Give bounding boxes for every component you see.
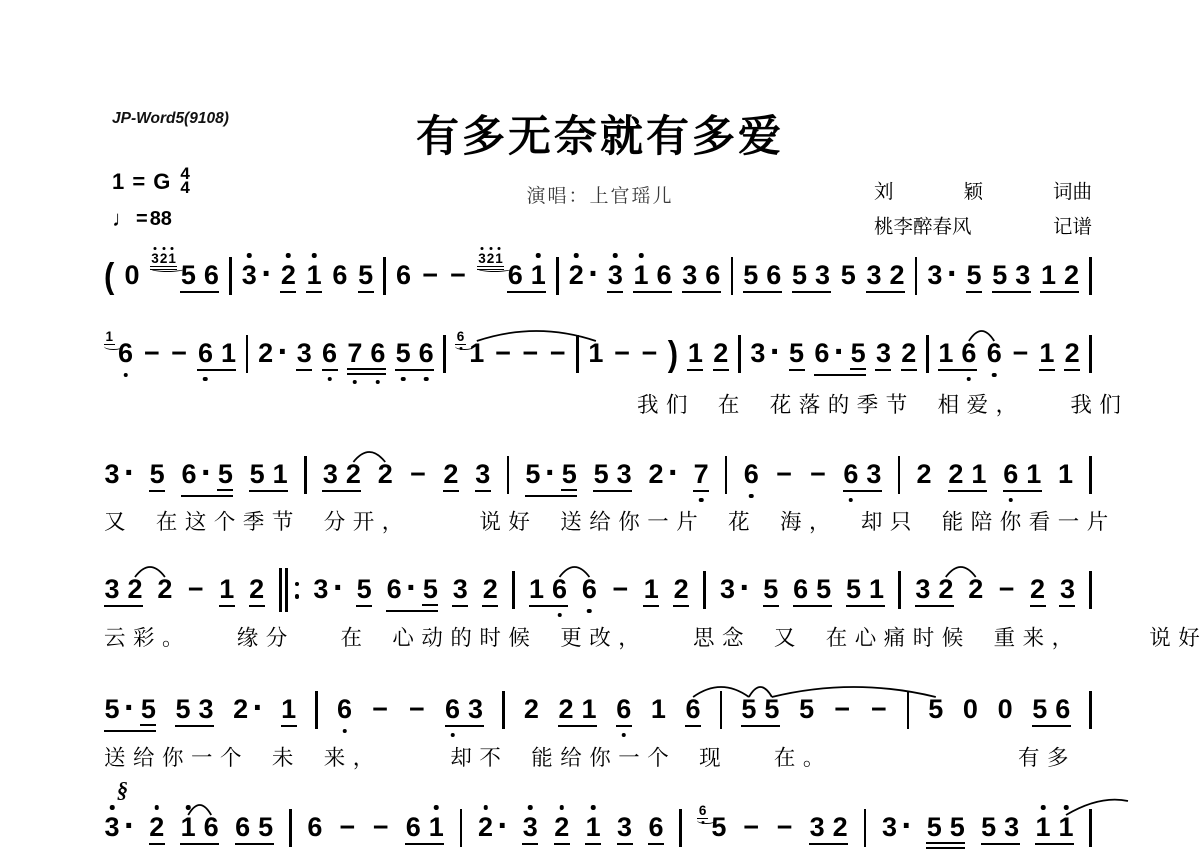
beam-group-wrap: 16 — [938, 339, 977, 371]
lyrics-line-4-tail: 有多 — [1018, 741, 1076, 772]
note: 2 — [1064, 339, 1080, 371]
note: 1 — [633, 261, 649, 290]
note-digit: 2 — [233, 695, 249, 724]
grace-octave-dot-high — [481, 247, 484, 250]
note-digit: 5 — [792, 261, 808, 290]
note-digit: 5 — [422, 575, 438, 606]
note-digit: − — [372, 813, 390, 842]
credit-lyricist-composer: 刘 颖 词曲 — [874, 176, 1092, 204]
beam-group: 32 — [915, 575, 954, 607]
note-digit: 1 — [219, 575, 235, 607]
note: 6 — [418, 339, 434, 368]
note-digit: − — [371, 695, 389, 724]
grace-note: 321 — [150, 251, 178, 270]
octave-dot-high — [312, 253, 317, 258]
beam-group-wrap: 6·5 — [386, 575, 438, 612]
note-digit: 5 — [966, 261, 982, 293]
note: 3 — [104, 575, 120, 604]
music-line-6: 3·216656−−612·3213665−−323·555311 — [104, 813, 1092, 843]
note: 1 — [281, 695, 297, 727]
lyrics-line-1: 我们 在 花落的季节 相爱， 我们 — [637, 388, 1128, 419]
duration-dash: − — [776, 813, 794, 842]
song-title: 有多无奈就有多爱 — [0, 103, 1200, 164]
note-digit: 6 — [1003, 460, 1019, 489]
duration-dash: − — [187, 575, 205, 604]
octave-dot-low — [450, 733, 455, 738]
note: 3 — [607, 261, 623, 293]
note: 2 — [916, 460, 932, 489]
note-digit: 5 — [593, 460, 609, 489]
beam-group: 76 — [347, 339, 386, 375]
note: 3· — [927, 261, 956, 290]
octave-dot-high — [591, 805, 596, 810]
note: 6 — [405, 813, 421, 842]
barline — [907, 691, 910, 729]
note: 1 — [687, 339, 703, 371]
note: 5 — [799, 695, 815, 724]
beam-group-wrap: 32156 — [150, 261, 220, 293]
beam-group-wrap: 32 — [104, 575, 143, 607]
note-digit: 6 — [307, 813, 323, 842]
beam-group-wrap: 32 — [809, 813, 848, 845]
grace-digit: 1 — [105, 329, 114, 344]
beam-group-wrap: 65 — [235, 813, 274, 845]
note: 5 — [789, 339, 805, 371]
note: 1 — [1035, 813, 1051, 842]
note-digit: 1 — [687, 339, 703, 371]
duration-dash: − — [372, 813, 390, 842]
octave-dot-high — [247, 253, 252, 258]
barline — [1089, 335, 1092, 373]
note-digit: 3 — [104, 575, 120, 604]
barline — [289, 809, 292, 847]
barline — [725, 456, 728, 494]
note-digit: 3 — [875, 339, 891, 371]
duration-dash: − — [998, 575, 1016, 604]
note-digit: 6 — [793, 575, 809, 604]
note: 3· — [104, 813, 133, 842]
note: 3 — [452, 575, 468, 607]
note-digit: 6 — [507, 261, 523, 290]
augmentation-dot: · — [253, 695, 264, 721]
tempo-equals: = — [136, 208, 148, 231]
repeat-dots — [295, 582, 300, 599]
note-digit: 6 — [656, 261, 672, 290]
note: 6 — [235, 813, 251, 842]
note-digit: 1 — [180, 813, 196, 842]
barline — [703, 571, 706, 609]
note-digit: 6 — [235, 813, 251, 842]
note-digit: 5 — [249, 460, 265, 489]
note: 3 — [875, 339, 891, 371]
note-digit: 2 — [916, 460, 932, 489]
barline — [383, 257, 386, 295]
note-digit: 3 — [241, 261, 257, 290]
beam-group: 32 — [809, 813, 848, 845]
note-digit: 7 — [347, 339, 363, 368]
note-digit: 6 — [843, 460, 859, 489]
note-digit: 5 — [743, 261, 759, 290]
grace-digit: 3 — [478, 251, 487, 266]
beam-group-wrap: 56 — [395, 339, 434, 371]
duration-dash: − — [449, 261, 467, 290]
octave-dot-high — [434, 805, 439, 810]
beam-group: 63 — [445, 695, 484, 727]
barline — [246, 335, 249, 373]
note-digit: 2 — [948, 460, 964, 489]
augmentation-dot: · — [901, 813, 912, 839]
duration-dash: − — [809, 460, 827, 489]
beam-group: 6·5 — [814, 339, 866, 376]
note: 3 — [322, 460, 338, 489]
beam-group-wrap: 32 — [322, 460, 361, 492]
note-digit: 5 — [741, 695, 757, 724]
grace-octave-dot-high — [489, 247, 492, 250]
note: 2 — [901, 339, 917, 371]
note-digit: 3 — [104, 460, 120, 489]
grace-octave-dot-high — [162, 247, 165, 250]
grace-octave-dot-high — [171, 247, 174, 250]
note-digit: 3 — [1004, 813, 1020, 842]
note-digit: 2 — [482, 575, 498, 607]
note-digit: 5 — [789, 339, 805, 371]
note-digit: 6 — [118, 339, 134, 368]
note-digit: 6 — [766, 261, 782, 290]
grace-octave-dot-high — [498, 247, 501, 250]
barline — [864, 809, 867, 847]
note: 2 — [938, 575, 954, 604]
note-digit: 6 — [396, 261, 412, 290]
note: 61 — [455, 339, 485, 368]
duration-dash: − — [408, 695, 426, 724]
augmentation-dot: · — [947, 261, 958, 287]
barline — [556, 257, 559, 295]
beam-group: 32 — [322, 460, 361, 492]
note: 3 — [616, 460, 632, 489]
grace-note: 321 — [477, 251, 505, 270]
note-digit: 6 — [552, 575, 568, 604]
beam-group: 63 — [843, 460, 882, 492]
note: 5 — [981, 813, 997, 842]
repeat-start-barline — [279, 568, 300, 612]
octave-dot-low — [621, 733, 626, 738]
note-digit: 3 — [322, 460, 338, 489]
note: 5 — [356, 575, 372, 607]
note-digit: − — [742, 813, 760, 842]
key-signature: 1 = G 4 4 — [112, 169, 190, 195]
note: 6 — [581, 575, 597, 604]
grace-digit: 2 — [159, 251, 168, 266]
octave-dot-low — [992, 373, 997, 378]
beam-group: 61 — [1003, 460, 1042, 492]
grace-digit: 3 — [151, 251, 160, 266]
octave-dot-high — [186, 805, 191, 810]
note-digit: 1 — [1058, 460, 1074, 489]
beam-group: 61 — [197, 339, 236, 371]
note: 3 — [915, 575, 931, 604]
note-digit: 1 — [530, 261, 546, 290]
duration-dash: − — [338, 813, 356, 842]
grace-octave-dot-high — [154, 247, 157, 250]
barline — [898, 571, 901, 609]
note: 6 — [961, 339, 977, 368]
note-digit: 5 — [981, 813, 997, 842]
note-digit: 1 — [869, 575, 885, 604]
note-digit: − — [549, 339, 567, 368]
augmentation-dot: · — [668, 460, 679, 486]
note: 2 — [249, 575, 265, 607]
note-digit: 2 — [648, 460, 664, 489]
octave-dot-high — [286, 253, 291, 258]
note: 65 — [697, 813, 727, 842]
duration-dash: − — [833, 695, 851, 724]
note: 6 — [616, 695, 632, 727]
beam-group-wrap: 11 — [1035, 813, 1074, 845]
beam-group-wrap: 16 — [633, 261, 672, 293]
note-digit: − — [775, 460, 793, 489]
barline — [926, 335, 929, 373]
note-digit: 1 — [529, 575, 545, 604]
beam-group-wrap: 6·5 — [814, 339, 866, 376]
lyrics-line-4: 送给你一个 未 来， 却不 能给你一个 现 在。 — [104, 741, 832, 772]
note-digit: − — [613, 339, 631, 368]
duration-dash: − — [143, 339, 161, 368]
note: 1 — [581, 695, 597, 724]
beam-group: 16 — [529, 575, 568, 607]
lyrics-line-2: 又 在这个季节 分开， 说好 送给你一片 花 海， 却只 能陪你看一片 — [104, 505, 1116, 536]
note: 3· — [104, 460, 133, 489]
note: 5 — [792, 261, 808, 290]
octave-dot-high — [483, 805, 488, 810]
note: 2· — [478, 813, 507, 842]
sheet-music-page: JP-Word5(9108) 有多无奈就有多爱 演唱：上官瑶儿 1 = G 4 … — [0, 0, 1200, 850]
note-digit: 2 — [568, 261, 584, 290]
note-digit: 2 — [1063, 261, 1079, 290]
beam-group-wrap: 76 — [347, 339, 386, 375]
note: 6 — [793, 575, 809, 604]
octave-dot-low — [849, 498, 854, 503]
grace-note: 6 — [697, 803, 708, 819]
grace-note: 6 — [455, 329, 466, 345]
beam-group: 65 — [793, 575, 832, 607]
augmentation-dot: · — [770, 339, 781, 365]
note-digit: 6 — [814, 339, 830, 368]
note: 6 — [322, 339, 338, 371]
note-digit: 2 — [938, 575, 954, 604]
duration-dash: − — [549, 339, 567, 368]
augmentation-dot: · — [124, 813, 135, 839]
octave-dot-low — [1008, 498, 1013, 503]
note: 3· — [719, 575, 748, 604]
note: 2 — [1063, 261, 1079, 290]
beam-group-wrap: 51 — [249, 460, 288, 492]
augmentation-dot: · — [201, 460, 212, 486]
note: 5 — [928, 695, 944, 724]
note-digit: 3 — [682, 261, 698, 290]
note-digit: − — [611, 575, 629, 604]
note-digit: 5 — [175, 695, 191, 724]
duration-dash: − — [742, 813, 760, 842]
note: 1 — [585, 813, 601, 845]
note-digit: 1 — [1039, 339, 1055, 371]
barline — [731, 257, 734, 295]
note: 2 — [948, 460, 964, 489]
note-digit: 5 — [764, 695, 780, 724]
note-digit: 3 — [866, 261, 882, 290]
note: 5 — [258, 813, 274, 842]
note: 1 — [1026, 460, 1042, 489]
note-digit: 3 — [607, 261, 623, 293]
note-digit: 5 — [180, 261, 196, 290]
note: 5 — [966, 261, 982, 293]
augmentation-dot: · — [333, 575, 344, 601]
note-digit: 2 — [443, 460, 459, 492]
note-digit: 3 — [866, 460, 882, 489]
note-digit: 3 — [915, 575, 931, 604]
duration-dash: − — [409, 460, 427, 489]
augmentation-dot: · — [278, 339, 289, 365]
augmentation-dot: · — [834, 339, 845, 365]
note: 6 — [1055, 695, 1071, 724]
duration-dash: − — [640, 339, 658, 368]
note: 3 — [198, 695, 214, 724]
note: 6· — [814, 339, 843, 368]
note-digit: 1 — [650, 695, 666, 724]
note-digit: − — [170, 339, 188, 368]
note-digit: 2 — [377, 460, 393, 489]
note-digit: 3 — [750, 339, 766, 368]
note: 6 — [552, 575, 568, 604]
beam-group: 12 — [1040, 261, 1079, 293]
note: 5 — [846, 575, 862, 604]
beam-group-wrap: 16 — [529, 575, 568, 607]
barline — [898, 456, 901, 494]
octave-dot-low — [123, 373, 128, 378]
note: 3 — [866, 460, 882, 489]
grace-note: 1 — [104, 329, 115, 345]
note-digit: 5 — [525, 460, 541, 489]
note: 5 — [395, 339, 411, 368]
close-paren: ) — [668, 337, 678, 372]
note: 6 — [743, 460, 759, 489]
note-digit: − — [143, 339, 161, 368]
note: 5 — [764, 695, 780, 724]
note-digit: 6 — [648, 813, 664, 845]
note-digit: 0 — [962, 695, 978, 724]
note-digit: 1 — [938, 339, 954, 368]
barline — [1089, 691, 1092, 729]
note: 5 — [358, 261, 374, 293]
octave-dot-high — [613, 253, 618, 258]
beam-group: 56 — [1032, 695, 1071, 727]
note-digit: 1 — [281, 695, 297, 727]
note-digit: 2 — [1030, 575, 1046, 607]
barline — [1089, 456, 1092, 494]
note-digit: 0 — [124, 261, 140, 290]
note: 3 — [866, 261, 882, 290]
octave-dot-low — [327, 377, 332, 382]
note-digit: − — [998, 575, 1016, 604]
beam-group-wrap: 51 — [846, 575, 885, 607]
octave-dot-high — [536, 253, 541, 258]
note-digit: 2 — [558, 695, 574, 724]
note: 5 — [840, 261, 856, 290]
note-digit: 5 — [217, 460, 233, 491]
note-digit: 5 — [104, 695, 120, 724]
augmentation-dot: · — [261, 261, 272, 287]
beam-group-wrap: 56 — [743, 261, 782, 293]
beam-group-wrap: 53 — [175, 695, 214, 727]
beam-group-wrap: 53 — [992, 261, 1031, 293]
note: 5 — [1032, 695, 1048, 724]
note-digit: 1 — [633, 261, 649, 290]
note-digit: − — [521, 339, 539, 368]
note-digit: 2 — [889, 261, 905, 290]
note: 6 — [648, 813, 664, 845]
note-digit: 5 — [763, 575, 779, 607]
note: 6 — [685, 695, 701, 727]
barline — [229, 257, 232, 295]
note-digit: 6 — [405, 813, 421, 842]
note: 7 — [347, 339, 363, 368]
octave-dot-low — [401, 377, 406, 382]
note: 2 — [832, 813, 848, 842]
note: 2 — [523, 695, 539, 724]
lyrics-line-3: 云彩。 缘分 在 心动的时候 更改， 思念 又 在心痛时候 重来， 说好 — [104, 621, 1200, 652]
barline — [460, 809, 463, 847]
beam-group-wrap: 32 — [915, 575, 954, 607]
note-digit: 3 — [927, 261, 943, 290]
segno-mark: § — [117, 777, 128, 803]
key-label: 1 = G — [112, 169, 171, 195]
beam-group: 36 — [682, 261, 721, 293]
beam-group: 51 — [846, 575, 885, 607]
grace-digit: 1 — [495, 251, 504, 266]
beam-group: 32 — [866, 261, 905, 293]
barline — [1089, 571, 1092, 609]
beam-group-wrap: 53 — [792, 261, 831, 293]
note: 5 — [149, 460, 165, 492]
music-line-3: 3·56·551322−235·5532·76−−63221611 — [104, 460, 1092, 490]
note: 2 — [968, 575, 984, 604]
note-digit: 6 — [332, 261, 348, 290]
beam-group: 56 — [743, 261, 782, 293]
note-digit: − — [870, 695, 888, 724]
music-line-1: (0321563·21656−−321612·3163656535323·553… — [104, 261, 1092, 291]
note-digit: 3 — [522, 813, 538, 845]
note-digit: 3 — [616, 460, 632, 489]
note: 2 — [673, 575, 689, 607]
note: 6· — [386, 575, 415, 604]
beam-group: 55 — [741, 695, 780, 727]
note: 6 — [766, 261, 782, 290]
beam-group-wrap: 5·5 — [104, 695, 156, 732]
note: 3· — [313, 575, 342, 604]
grace-octave-dot-low — [459, 347, 462, 350]
note-digit: 6 — [961, 339, 977, 368]
note-digit: 5 — [358, 261, 374, 293]
note: 6 — [203, 813, 219, 842]
note-digit: 1 — [585, 813, 601, 845]
note: 5 — [140, 695, 156, 726]
octave-dot-high — [155, 805, 160, 810]
note-digit: 6 — [418, 339, 434, 368]
note: 3 — [809, 813, 825, 842]
note-digit: 5 — [140, 695, 156, 726]
note: 3· — [241, 261, 270, 290]
note-digit: − — [640, 339, 658, 368]
note: 5 — [850, 339, 866, 370]
